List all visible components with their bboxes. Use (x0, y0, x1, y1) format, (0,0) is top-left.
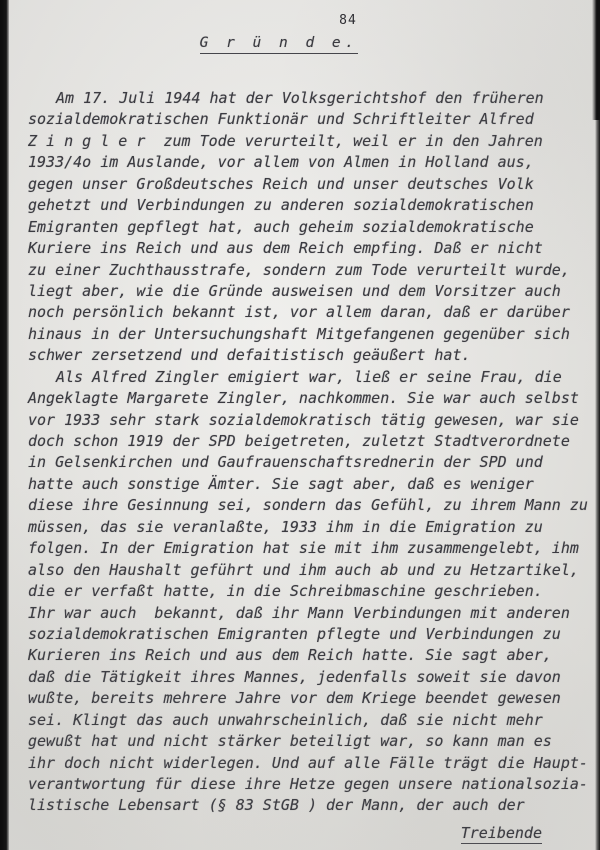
text-line: Emigranten gepflegt hat, auch geheim soz… (28, 217, 576, 238)
text-line: doch schon 1919 der SPD beigetreten, zul… (28, 431, 576, 452)
paragraph: Am 17. Juli 1944 hat der Volksgerichtsho… (28, 88, 576, 367)
text-line: diese ihre Gesinnung sei, sondern das Ge… (28, 495, 576, 516)
paragraph: Als Alfred Zingler emigiert war, ließ er… (28, 367, 576, 817)
text-line: Am 17. Juli 1944 hat der Volksgerichtsho… (28, 88, 576, 109)
scan-border-left (0, 0, 9, 850)
text-line: verantwortung für diese ihre Hetze gegen… (28, 774, 576, 795)
text-line: Als Alfred Zingler emigiert war, ließ er… (28, 367, 576, 388)
text-line: Kurieren ins Reich und aus dem Reich hat… (28, 645, 576, 666)
text-line: ihr doch nicht widerlegen. Und auf alle … (28, 753, 576, 774)
text-line: hatte auch sonstige Ämter. Sie sagt aber… (28, 474, 576, 495)
text-line: müssen, das sie veranlaßte, 1933 ihm in … (28, 517, 576, 538)
text-line: gewußt hat und nicht stärker beteiligt w… (28, 731, 576, 752)
text-line: Z i n g l e r zum Tode verurteilt, weil … (28, 131, 576, 152)
scan-border-right (595, 0, 600, 850)
text-line: vor 1933 sehr stark sozialdemokratisch t… (28, 410, 576, 431)
text-line: die er verfaßt hatte, in die Schreibmasc… (28, 581, 576, 602)
text-line: gehetzt und Verbindungen zu anderen sozi… (28, 195, 576, 216)
text-line: wußte, bereits mehrere Jahre vor dem Kri… (28, 688, 576, 709)
text-line: hinaus in der Untersuchungshaft Mitgefan… (28, 324, 576, 345)
text-line: noch persönlich bekannt ist, vor allem d… (28, 302, 576, 323)
page-number: 84 (48, 13, 600, 28)
text-line: listische Lebensart (§ 83 StGB ) der Man… (28, 795, 576, 816)
text-line: daß die Tätigkeit ihres Mannes, jedenfal… (28, 667, 576, 688)
catchword-row: Treibende (0, 823, 600, 844)
page-header: 84 G r ü n d e. (0, 0, 600, 54)
text-line: liegt aber, wie die Gründe ausweisen und… (28, 281, 576, 302)
text-line: Ihr war auch bekannt, daß ihr Mann Verbi… (28, 603, 576, 624)
text-line: sei. Klingt das auch unwahrscheinlich, d… (28, 710, 576, 731)
text-line: sozialdemokratischen Funktionär und Schr… (28, 109, 576, 130)
text-line: sozialdemokratischen Emigranten pflegte … (28, 624, 576, 645)
text-line: Angeklagte Margarete Zingler, nachkommen… (28, 388, 576, 409)
text-line: Kuriere ins Reich und aus dem Reich empf… (28, 238, 576, 259)
scanned-document-page: 84 G r ü n d e. Am 17. Juli 1944 hat der… (0, 0, 600, 850)
text-line: schwer zersetzend und defaitistisch geäu… (28, 345, 576, 366)
text-line: also den Haushalt geführt und ihm auch a… (28, 560, 576, 581)
title-row: G r ü n d e. (0, 28, 600, 54)
text-line: gegen unser Großdeutsches Reich und unse… (28, 174, 576, 195)
document-body: Am 17. Juli 1944 hat der Volksgerichtsho… (28, 88, 576, 817)
text-line: folgen. In der Emigration hat sie mit ih… (28, 538, 576, 559)
scan-border-right-top (592, 0, 600, 120)
text-line: zu einer Zuchthausstrafe, sondern zum To… (28, 260, 576, 281)
document-title: G r ü n d e. (200, 35, 359, 54)
text-line: 1933/4o im Auslande, vor allem von Almen… (28, 152, 576, 173)
text-line: in Gelsenkirchen und Gaufrauenschaftsred… (28, 452, 576, 473)
catchword: Treibende (461, 824, 542, 844)
